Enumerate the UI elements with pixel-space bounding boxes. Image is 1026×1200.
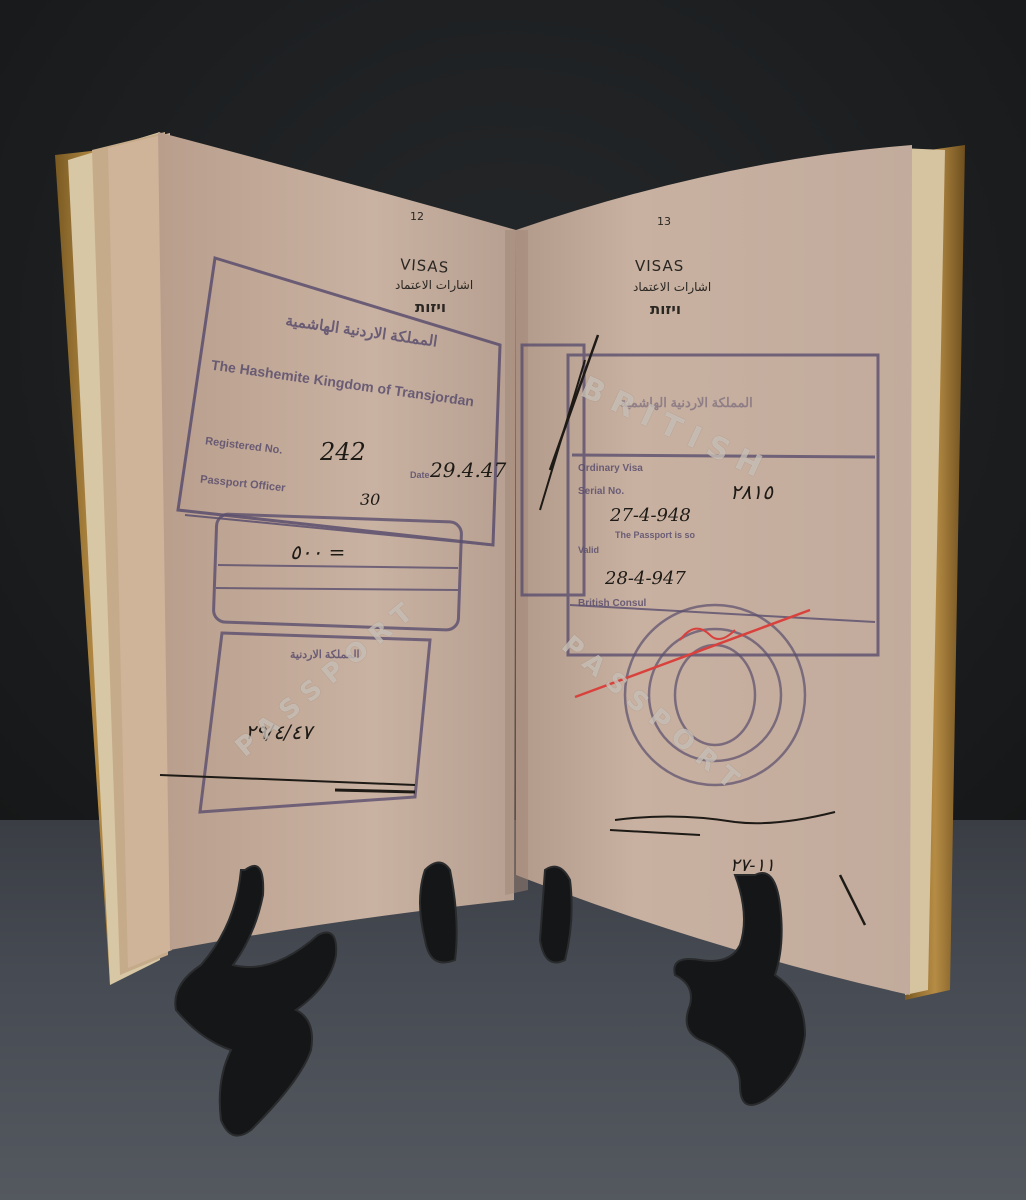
open-passport: 12 VISAS اشارات الاعتماد ויזות المملكة ا… [0, 0, 1026, 1200]
passport-illustration [0, 0, 1026, 1200]
valid-label: Valid [578, 545, 599, 555]
consul-label: British Consul [578, 598, 646, 609]
passport-label: The Passport is so [615, 530, 695, 540]
right-visas-heading-arabic: اشارات الاعتماد [633, 280, 711, 294]
valid-until-value: 27-4-948 [610, 505, 691, 526]
date-label: Date [410, 470, 430, 480]
right-page [516, 145, 912, 995]
signature-date: ١١-٢٧ [730, 855, 775, 876]
left-stamp-2-handwritten: ٥٠٠ = [290, 540, 345, 564]
stamp-date-value: 28-4-947 [605, 568, 686, 589]
officer-value: 30 [360, 490, 380, 509]
left-visas-heading: VISAS [399, 255, 449, 276]
left-visas-heading-arabic: اشارات الاعتماد [395, 278, 473, 292]
registered-number: 242 [320, 438, 366, 466]
right-visas-heading-hebrew: ויזות [650, 300, 681, 318]
right-visas-heading: VISAS [635, 257, 684, 275]
left-page-number: 12 [410, 210, 424, 223]
right-page-number: 13 [657, 215, 671, 228]
serial-label: Serial No. [578, 486, 624, 497]
date-value: 29.4.47 [430, 458, 506, 482]
left-visas-heading-hebrew: ויזות [415, 298, 446, 316]
visa-type-label: Ordinary Visa [578, 463, 643, 474]
